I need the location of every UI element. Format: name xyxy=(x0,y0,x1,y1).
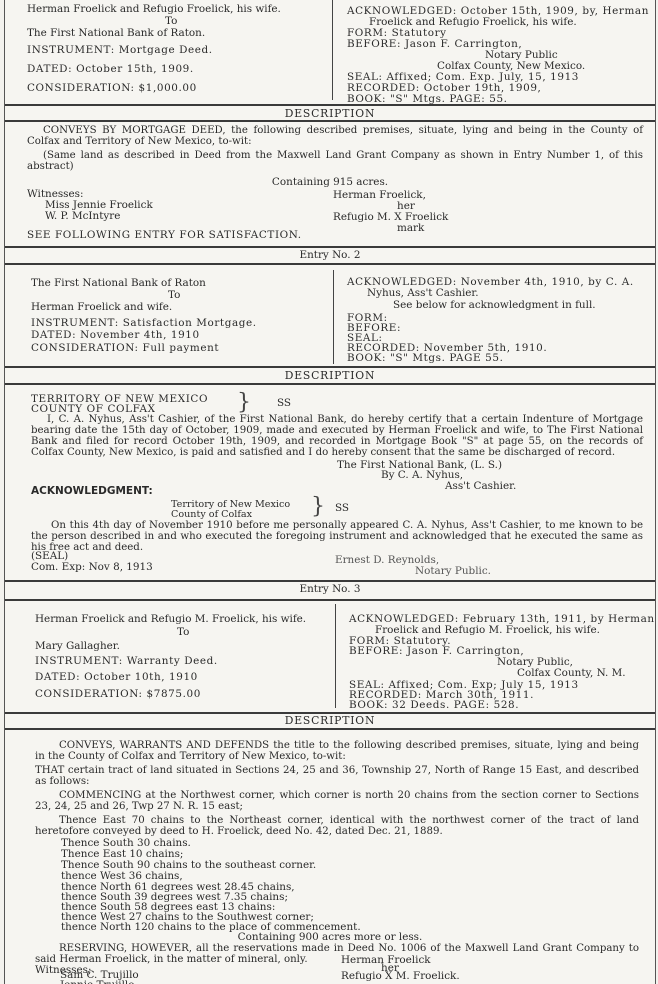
divider xyxy=(5,580,655,582)
entry3-instrument: INSTRUMENT: Warranty Deed. xyxy=(35,656,218,667)
entry2-ack-ss: SS xyxy=(335,503,349,514)
entry2-cashier: Ass't Cashier. xyxy=(445,481,516,492)
divider xyxy=(5,246,655,248)
brace-icon: } xyxy=(311,496,325,518)
entry3-desc-p4: Thence East 70 chains to the Northeast c… xyxy=(35,815,639,837)
entry2-certification: I, C. A. Nyhus, Ass't Cashier, of the Fi… xyxy=(31,414,643,458)
entry1-instrument: INSTRUMENT: Mortgage Deed. xyxy=(27,45,213,56)
entry2-ack-text: On this 4th day of November 1910 before … xyxy=(31,520,643,553)
entry3-desc-p3: COMMENCING at the Northwest corner, whic… xyxy=(35,790,639,812)
entry1-to: To xyxy=(165,16,177,27)
column-divider xyxy=(333,270,334,364)
entry3-to: To xyxy=(177,627,189,638)
entry1-grantor: Herman Froelick and Refugio Froelick, hi… xyxy=(27,4,281,15)
entry2-ack-note: See below for acknowledgment in full. xyxy=(393,300,596,311)
entry2-grantee: Herman Froelick and wife. xyxy=(31,302,172,313)
entry2-ack-line2: Nyhus, Ass't Cashier. xyxy=(367,288,479,299)
column-divider xyxy=(332,0,333,100)
entry1-desc-p2: (Same land as described in Deed from the… xyxy=(27,150,643,172)
entry1-sig2: Refugio M. X Froelick xyxy=(333,212,448,223)
entry2-description-header: DESCRIPTION xyxy=(5,370,655,381)
divider xyxy=(5,366,655,368)
entry2-ack-heading: ACKNOWLEDGMENT: xyxy=(31,486,153,497)
entry3-grantor: Herman Froelick and Refugio M. Froelick,… xyxy=(35,614,306,625)
entry1-witness2: W. P. McIntyre xyxy=(45,211,120,222)
entry3-sig2: Refugio X M. Froelick. xyxy=(341,971,460,982)
entry1-grantee: The First National Bank of Raton. xyxy=(27,28,205,39)
divider xyxy=(5,599,655,601)
entry3-witness2: Jennie Trujillo xyxy=(60,980,135,984)
entry3-containing: Containing 900 acres more or less. xyxy=(5,932,655,943)
entry2-notary-title: Notary Public. xyxy=(415,566,491,577)
entry3-grantee: Mary Gallagher. xyxy=(35,641,120,652)
entry2-to: To xyxy=(168,290,180,301)
entry3-desc-p1: CONVEYS, WARRANTS AND DEFENDS the title … xyxy=(35,740,639,762)
entry2-ack-venue2: County of Colfax xyxy=(171,509,252,520)
divider xyxy=(5,104,655,106)
entry1-dated: DATED: October 15th, 1909. xyxy=(27,64,194,75)
entry2-dated: DATED: November 4th, 1910 xyxy=(31,330,200,341)
divider xyxy=(5,263,655,265)
entry1-containing: Containing 915 acres. xyxy=(5,177,655,188)
entry2-ss: SS xyxy=(277,398,291,409)
entry2-label: Entry No. 2 xyxy=(5,250,655,261)
entry2-com-exp: Com. Exp: Nov 8, 1913 xyxy=(31,562,153,573)
entry1-sig-mark: mark xyxy=(397,223,424,234)
entry1-description-header: DESCRIPTION xyxy=(5,108,655,119)
entry3-book: BOOK: 32 Deeds. PAGE: 528. xyxy=(349,700,519,711)
entry1-consideration: CONSIDERATION: $1,000.00 xyxy=(27,83,197,94)
abstract-page: Herman Froelick and Refugio Froelick, hi… xyxy=(4,0,656,984)
entry3-reserving: RESERVING, HOWEVER, all the reservations… xyxy=(35,943,639,965)
entry2-instrument: INSTRUMENT: Satisfaction Mortgage. xyxy=(31,318,257,329)
entry2-consideration: CONSIDERATION: Full payment xyxy=(31,343,219,354)
entry1-desc-p1: CONVEYS BY MORTGAGE DEED, the following … xyxy=(27,125,643,147)
entry2-grantor: The First National Bank of Raton xyxy=(31,278,206,289)
entry3-label: Entry No. 3 xyxy=(5,584,655,595)
entry3-consideration: CONSIDERATION: $7875.00 xyxy=(35,689,201,700)
brace-icon: } xyxy=(237,392,251,414)
entry3-desc-p2: THAT certain tract of land situated in S… xyxy=(35,765,639,787)
entry1-see-following: SEE FOLLOWING ENTRY FOR SATISFACTION. xyxy=(27,230,302,241)
divider xyxy=(5,728,655,730)
entry3-before-county: Colfax County, N. M. xyxy=(517,668,626,679)
entry3-description-header: DESCRIPTION xyxy=(5,715,655,726)
entry2-book: BOOK: "S" Mtgs. PAGE 55. xyxy=(347,353,503,364)
divider xyxy=(5,120,655,122)
column-divider xyxy=(335,604,336,708)
entry3-dated: DATED: October 10th, 1910 xyxy=(35,672,198,683)
divider xyxy=(5,383,655,385)
